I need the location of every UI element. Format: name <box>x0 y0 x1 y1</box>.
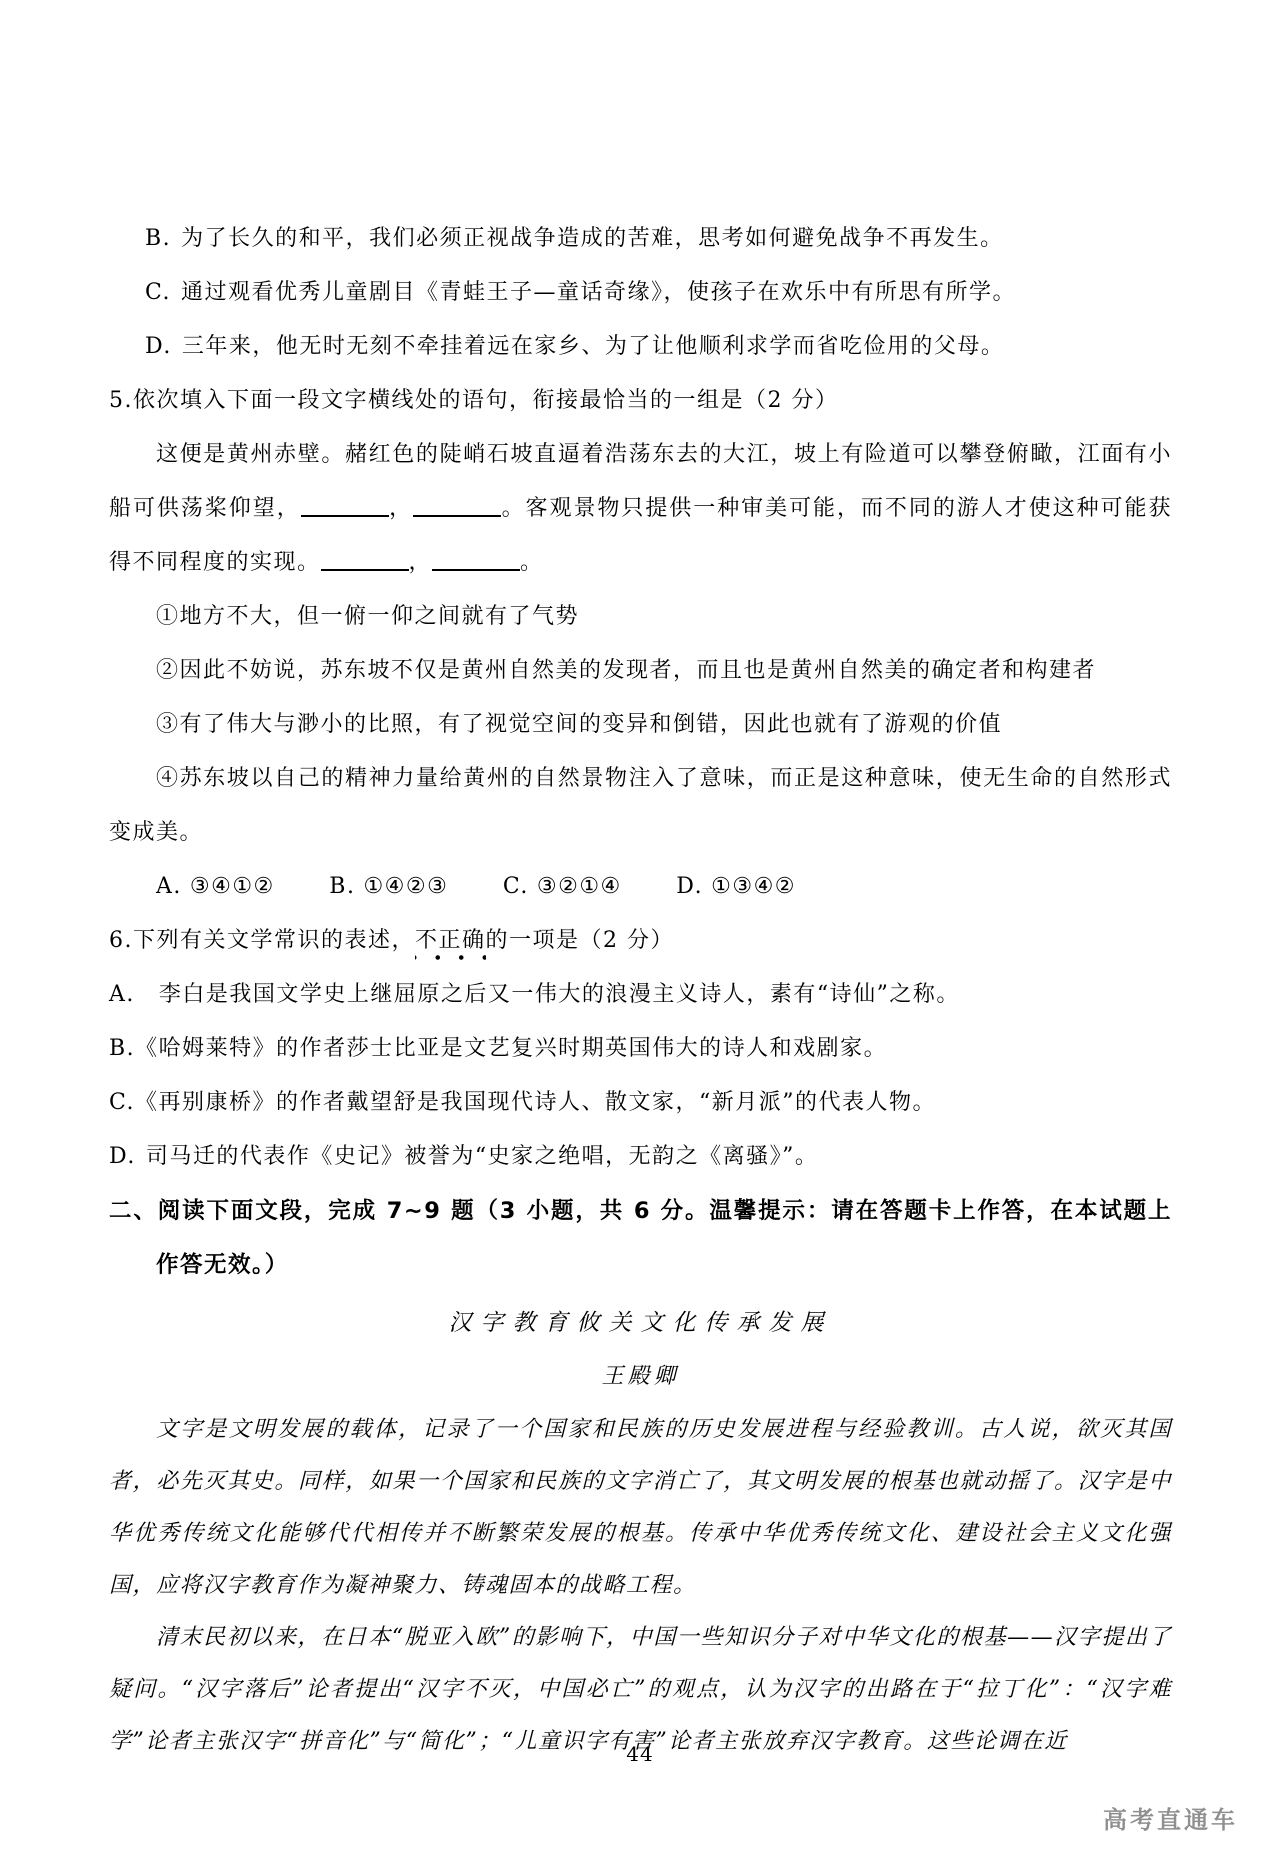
exam-page: B.为了长久的和平，我们必须正视战争造成的苦难，思考如何避免战争不再发生。 C.… <box>109 212 1172 1768</box>
q6-option-b: B.《哈姆莱特》的作者莎士比亚是文艺复兴时期英国伟大的诗人和戏剧家。 <box>109 1022 1172 1076</box>
choice-value-d: ①③④② <box>711 874 796 899</box>
watermark: 高考直通车 <box>1103 1800 1238 1835</box>
option-text-d: 三年来，他无时无刻不牵挂着远在家乡、为了让他顺利求学而省吃俭用的父母。 <box>182 334 1005 359</box>
q6-option-label-b: B. <box>109 1036 135 1061</box>
blank-underline-3 <box>321 547 409 571</box>
q5-passage: 这便是黄州赤壁。赭红色的陡峭石坡直逼着浩荡东去的大江，坡上有险道可以攀登俯瞰，江… <box>109 428 1172 590</box>
q6-option-a: A.李白是我国文学史上继屈原之后又一伟大的浪漫主义诗人，素有“诗仙”之称。 <box>109 968 1172 1022</box>
q6-option-text-a: 李白是我国文学史上继屈原之后又一伟大的浪漫主义诗人，素有“诗仙”之称。 <box>159 982 960 1007</box>
q5-choice-c: C.③②①④ <box>503 874 622 899</box>
q6-option-c: C.《再别康桥》的作者戴望舒是我国现代诗人、散文家，“新月派”的代表人物。 <box>109 1076 1172 1130</box>
q5-choices: A.③④①② B.①④②③ C.③②①④ D.①③④② <box>109 860 1172 914</box>
q6-option-label-a: A. <box>109 982 135 1007</box>
q6-option-text-b: 《哈姆莱特》的作者莎士比亚是文艺复兴时期英国伟大的诗人和戏剧家。 <box>135 1036 887 1061</box>
q6-stem: 6.下列有关文学常识的表述，不正确的一项是（2 分） <box>109 914 1172 968</box>
q5-passage-sep2: ， <box>409 550 433 575</box>
choice-value-a: ③④①② <box>190 874 275 899</box>
q6-stem-prefix: 6.下列有关文学常识的表述， <box>109 928 415 953</box>
option-text-c: 通过观看优秀儿童剧目《青蛙王子—童话奇缘》，使孩子在欢乐中有所思有所学。 <box>181 280 1016 305</box>
option-text-b: 为了长久的和平，我们必须正视战争造成的苦难，思考如何避免战争不再发生。 <box>181 226 1004 251</box>
article-paragraph-1: 文字是文明发展的载体，记录了一个国家和民族的历史发展进程与经验教训。古人说，欲灭… <box>109 1404 1172 1612</box>
choice-value-b: ①④②③ <box>363 874 448 899</box>
q6-option-label-c: C. <box>109 1090 135 1115</box>
option-label-c: C. <box>145 280 171 305</box>
q5-item-3: ③有了伟大与渺小的比照，有了视觉空间的变异和倒错，因此也就有了游观的价值 <box>109 698 1172 752</box>
q5-choice-a: A.③④①② <box>156 874 275 899</box>
q5-choice-b: B.①④②③ <box>329 874 448 899</box>
section2-heading: 二、阅读下面文段，完成 7~9 题（3 小题，共 6 分。温馨提示：请在答题卡上… <box>109 1184 1172 1292</box>
choice-value-c: ③②①④ <box>537 874 622 899</box>
choice-label-b: B. <box>329 874 355 899</box>
q5-choice-d: D.①③④② <box>676 874 796 899</box>
q4-option-d: D.三年来，他无时无刻不牵挂着远在家乡、为了让他顺利求学而省吃俭用的父母。 <box>109 320 1172 374</box>
choice-label-a: A. <box>156 874 182 899</box>
article-title: 汉字教育攸关文化传承发展 <box>109 1296 1172 1350</box>
q5-passage-end: 。 <box>520 550 544 575</box>
q6-stem-emphasis: 不正确 <box>415 928 486 962</box>
blank-underline-2 <box>413 493 501 517</box>
q6-option-text-c: 《再别康桥》的作者戴望舒是我国现代诗人、散文家，“新月派”的代表人物。 <box>135 1090 936 1115</box>
option-label-b: B. <box>145 226 171 251</box>
q5-stem: 5.依次填入下面一段文字横线处的语句，衔接最恰当的一组是（2 分） <box>109 374 1172 428</box>
choice-label-d: D. <box>676 874 703 899</box>
article-author: 王殿卿 <box>109 1350 1172 1404</box>
q5-item-4: ④苏东坡以自己的精神力量给黄州的自然景物注入了意味，而正是这种意味，使无生命的自… <box>109 752 1172 860</box>
page-number: 44 <box>0 1742 1280 1766</box>
q6-stem-suffix: 的一项是（2 分） <box>486 928 675 953</box>
q5-item-2: ②因此不妨说，苏东坡不仅是黄州自然美的发现者，而且也是黄州自然美的确定者和构建者 <box>109 644 1172 698</box>
q6-option-d: D.司马迁的代表作《史记》被誉为“史家之绝唱，无韵之《离骚》”。 <box>109 1130 1172 1184</box>
q5-passage-sep1: ， <box>389 496 413 521</box>
blank-underline-4 <box>432 547 520 571</box>
q4-option-b: B.为了长久的和平，我们必须正视战争造成的苦难，思考如何避免战争不再发生。 <box>109 212 1172 266</box>
blank-underline-1 <box>301 493 389 517</box>
choice-label-c: C. <box>503 874 529 899</box>
q6-option-text-d: 司马迁的代表作《史记》被誉为“史家之绝唱，无韵之《离骚》”。 <box>146 1144 819 1169</box>
q4-option-c: C.通过观看优秀儿童剧目《青蛙王子—童话奇缘》，使孩子在欢乐中有所思有所学。 <box>109 266 1172 320</box>
option-label-d: D. <box>145 334 172 359</box>
q6-option-label-d: D. <box>109 1144 136 1169</box>
q5-item-1: ①地方不大，但一俯一仰之间就有了气势 <box>109 590 1172 644</box>
